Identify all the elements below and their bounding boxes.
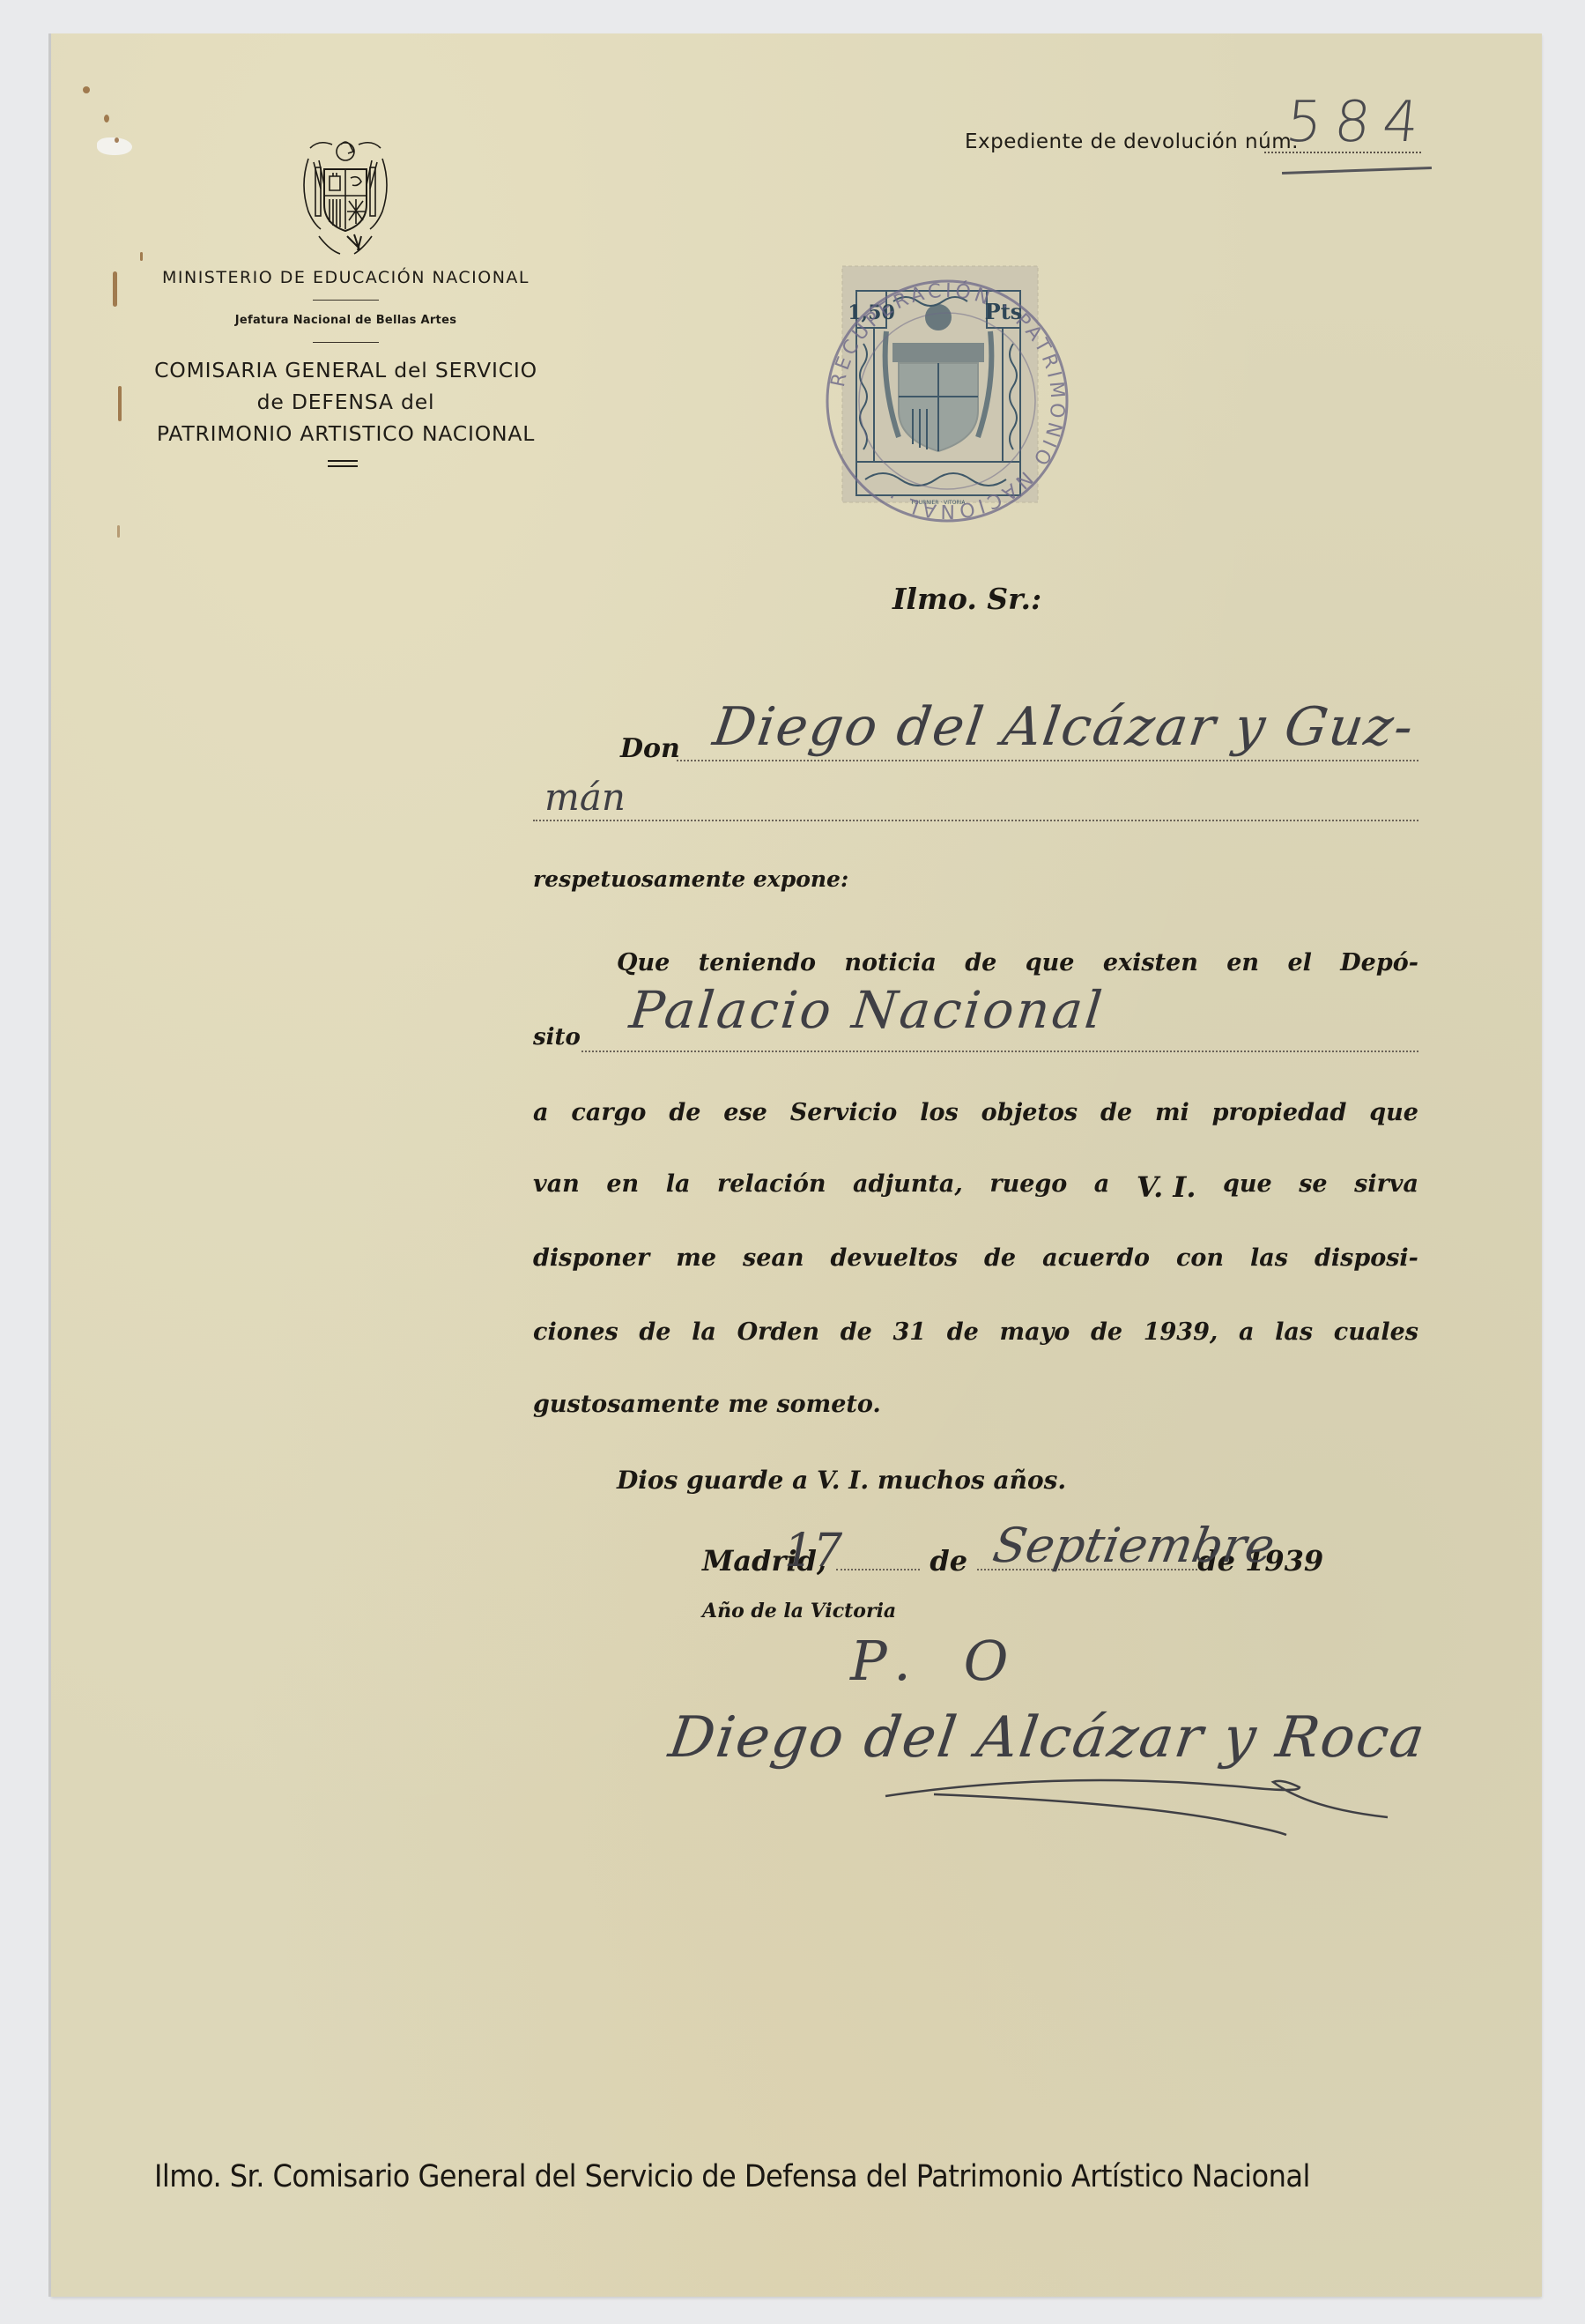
word: 1939,	[1144, 1318, 1218, 1346]
body-line-6: cionesdelaOrdende31demayode1939,alascual…	[533, 1318, 1418, 1346]
double-rule	[328, 460, 358, 467]
body-text: gustosamente me someto.	[533, 1391, 881, 1418]
divider	[313, 342, 379, 343]
word: a	[533, 1099, 549, 1126]
expediente-label: Expediente de devolución núm.	[965, 130, 1299, 153]
expediente-number: 584	[1283, 90, 1434, 155]
word: de	[841, 1318, 872, 1346]
stain	[83, 86, 90, 93]
word: ese	[723, 1099, 767, 1126]
word: teniendo	[699, 949, 816, 976]
stain	[104, 115, 109, 123]
date-day-handwritten: 17	[784, 1525, 842, 1578]
word: a	[1239, 1318, 1255, 1346]
word: disposi-	[1315, 1244, 1418, 1272]
word: V. I.	[1137, 1170, 1196, 1204]
sito-label: sito	[533, 1024, 581, 1051]
signature-flourish	[881, 1778, 1463, 1853]
word: acuerdo	[1042, 1244, 1150, 1272]
word: Orden	[737, 1318, 819, 1346]
word: de	[1100, 1099, 1132, 1126]
stain	[115, 137, 119, 143]
word: de	[947, 1318, 979, 1346]
word: Servicio	[790, 1099, 898, 1126]
word: Depó-	[1340, 949, 1418, 976]
word: las	[1250, 1244, 1288, 1272]
body-line-5: disponermeseandevueltosdeacuerdoconlasdi…	[533, 1244, 1418, 1272]
word: de	[669, 1099, 700, 1126]
word: sean	[743, 1244, 804, 1272]
signature-handwritten: Diego del Alcázar y Roca	[665, 1705, 1430, 1771]
body-line-4: vanenlarelaciónadjunta,ruegoaV. I.queses…	[533, 1170, 1418, 1204]
word: mi	[1155, 1099, 1189, 1126]
word: adjunta,	[853, 1170, 963, 1204]
word: las	[1275, 1318, 1313, 1346]
divider	[313, 300, 379, 301]
deposito-dotted-line	[581, 1051, 1418, 1052]
word: ciones	[533, 1318, 618, 1346]
word: que	[1026, 949, 1075, 976]
body-line-1: QueteniendonoticiadequeexistenenelDepó-	[617, 949, 1418, 976]
name-dotted-line-1	[677, 760, 1418, 761]
comisaria-line-1: COMISARIA GENERAL del SERVICIO	[145, 354, 546, 386]
body-line-7: gustosamente me someto.	[533, 1391, 1418, 1418]
stain	[118, 386, 122, 421]
word: disponer	[533, 1244, 649, 1272]
jefatura-subheading: Jefatura Nacional de Bellas Artes	[145, 314, 546, 327]
date-month-handwritten: Septiembre	[989, 1518, 1278, 1573]
day-dotted-line	[836, 1569, 920, 1570]
addressee-footer: Ilmo. Sr. Comisario General del Servicio…	[154, 2159, 1310, 2194]
word: de	[984, 1244, 1016, 1272]
date-de: de	[930, 1544, 967, 1578]
word: con	[1176, 1244, 1224, 1272]
word: los	[920, 1099, 958, 1126]
stain	[113, 271, 117, 307]
word: ruego	[989, 1170, 1067, 1204]
year-era-label: Año de la Victoria	[702, 1600, 896, 1622]
por-orden-mark: P. O	[850, 1629, 1026, 1693]
word: la	[692, 1318, 716, 1346]
body-line-3: acargodeeseServiciolosobjetosdemipropied…	[533, 1099, 1418, 1126]
word: existen	[1103, 949, 1198, 976]
deposito-handwritten: Palacio Nacional	[626, 980, 1107, 1040]
name-dotted-line-2	[533, 820, 1418, 821]
word: van	[533, 1170, 580, 1204]
petitioner-name-continuation: mán	[544, 776, 626, 819]
word: Que	[617, 949, 670, 976]
word: cargo	[571, 1099, 646, 1126]
word: devueltos	[831, 1244, 959, 1272]
word: propiedad	[1212, 1099, 1347, 1126]
word: el	[1287, 949, 1311, 976]
word: cuales	[1334, 1318, 1418, 1346]
word: de	[1091, 1318, 1122, 1346]
word: la	[666, 1170, 691, 1204]
coat-of-arms-icon	[293, 132, 398, 264]
expone-label: respetuosamente expone:	[533, 866, 848, 892]
closing-formula: Dios guarde a V. I. muchos años.	[617, 1466, 1066, 1495]
stain	[140, 252, 143, 261]
word: sirva	[1354, 1170, 1418, 1204]
word: 31	[892, 1318, 926, 1346]
word: relación	[717, 1170, 826, 1204]
salutation: Ilmo. Sr.:	[892, 582, 1041, 616]
ministry-heading: MINISTERIO DE EDUCACIÓN NACIONAL	[145, 268, 546, 287]
word: a	[1094, 1170, 1110, 1204]
comisaria-heading: COMISARIA GENERAL del SERVICIO de DEFENS…	[145, 354, 546, 449]
revenue-stamp: 1,50 Pts FOURNIER · VITORIA RECUPERACIÓN…	[802, 256, 1092, 546]
word: en	[606, 1170, 639, 1204]
word: que	[1369, 1099, 1418, 1126]
word: de	[965, 949, 996, 976]
word: me	[676, 1244, 716, 1272]
word: objetos	[981, 1099, 1078, 1126]
word: noticia	[844, 949, 937, 976]
don-label: Don	[620, 733, 680, 764]
word: en	[1226, 949, 1259, 976]
word: de	[639, 1318, 670, 1346]
word: mayo	[1000, 1318, 1070, 1346]
word: se	[1299, 1170, 1327, 1204]
comisaria-line-3: PATRIMONIO ARTISTICO NACIONAL	[145, 418, 546, 449]
stain	[117, 525, 120, 538]
petitioner-name-handwritten: Diego del Alcázar y Guz-	[709, 696, 1418, 758]
word: que	[1223, 1170, 1272, 1204]
comisaria-line-2: de DEFENSA del	[145, 386, 546, 418]
